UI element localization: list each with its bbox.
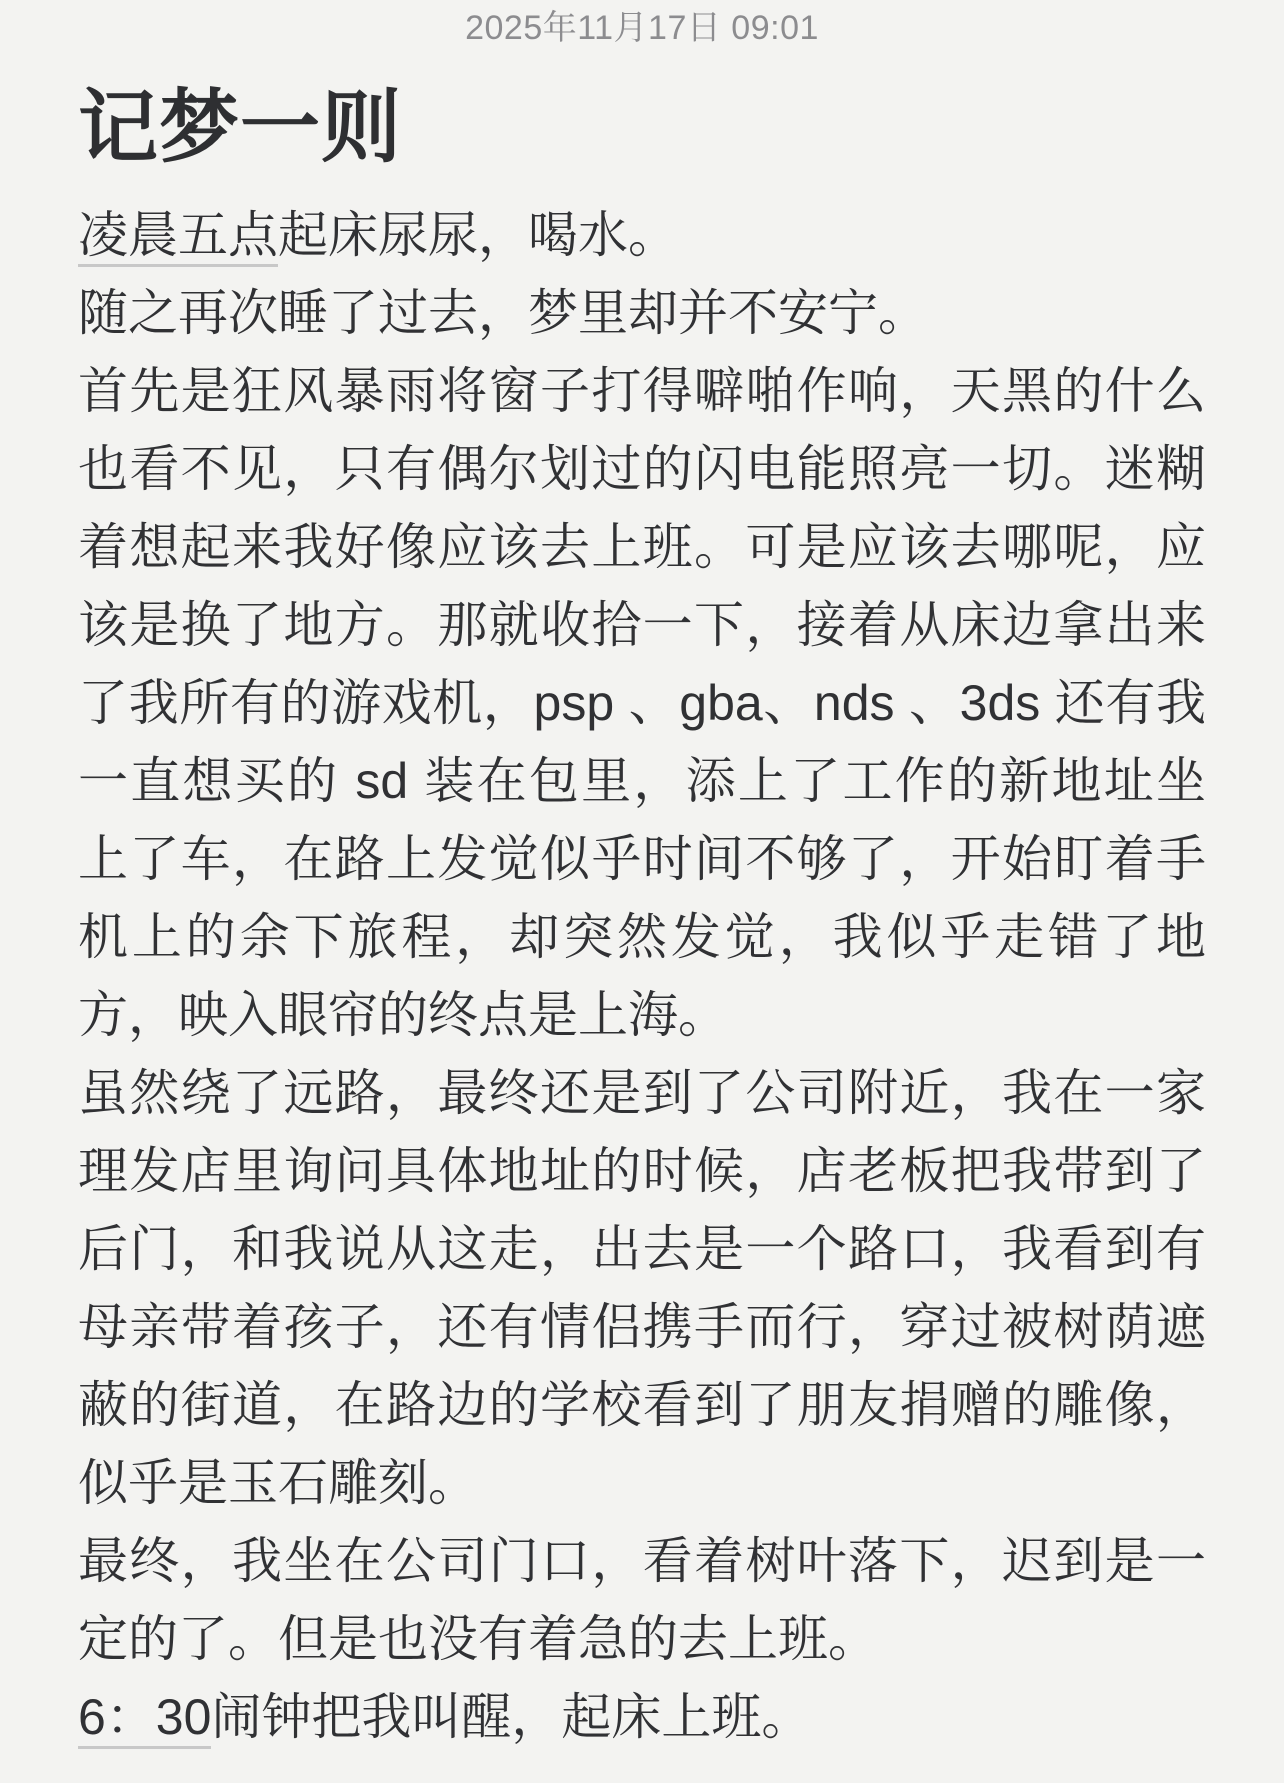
note-body[interactable]: 凌晨五点起床尿尿，喝水。随之再次睡了过去，梦里却并不安宁。首先是狂风暴雨将窗子打… [78, 196, 1206, 1756]
note-timestamp: 2025年11月17日 09:01 [78, 8, 1206, 48]
time-detector-link[interactable]: 凌晨五点 [78, 207, 278, 267]
paragraph-text: 闹钟把我叫醒，起床上班。 [211, 1689, 811, 1745]
note-title[interactable]: 记梦一则 [78, 80, 1206, 176]
note-paragraph: 随之再次睡了过去，梦里却并不安宁。 [78, 274, 1206, 352]
note-paragraph: 虽然绕了远路，最终还是到了公司附近，我在一家理发店里询问具体地址的时候，店老板把… [78, 1054, 1206, 1522]
paragraph-text: 起床尿尿，喝水。 [278, 207, 678, 263]
paragraph-text: 最终，我坐在公司门口，看着树叶落下，迟到是一定的了。但是也没有着急的去上班。 [78, 1533, 1206, 1667]
paragraph-text: 首先是狂风暴雨将窗子打得噼啪作响，天黑的什么也看不见，只有偶尔划过的闪电能照亮一… [78, 363, 1206, 1043]
paragraph-text: 虽然绕了远路，最终还是到了公司附近，我在一家理发店里询问具体地址的时候，店老板把… [78, 1065, 1206, 1511]
notes-note-view: 2025年11月17日 09:01 记梦一则 凌晨五点起床尿尿，喝水。随之再次睡… [0, 0, 1284, 1783]
note-paragraph: 6：30闹钟把我叫醒，起床上班。 [78, 1678, 1206, 1756]
time-detector-link[interactable]: 6：30 [78, 1689, 211, 1749]
note-paragraph: 首先是狂风暴雨将窗子打得噼啪作响，天黑的什么也看不见，只有偶尔划过的闪电能照亮一… [78, 352, 1206, 1054]
note-paragraph: 最终，我坐在公司门口，看着树叶落下，迟到是一定的了。但是也没有着急的去上班。 [78, 1522, 1206, 1678]
note-paragraph: 凌晨五点起床尿尿，喝水。 [78, 196, 1206, 274]
paragraph-text: 随之再次睡了过去，梦里却并不安宁。 [78, 285, 928, 341]
